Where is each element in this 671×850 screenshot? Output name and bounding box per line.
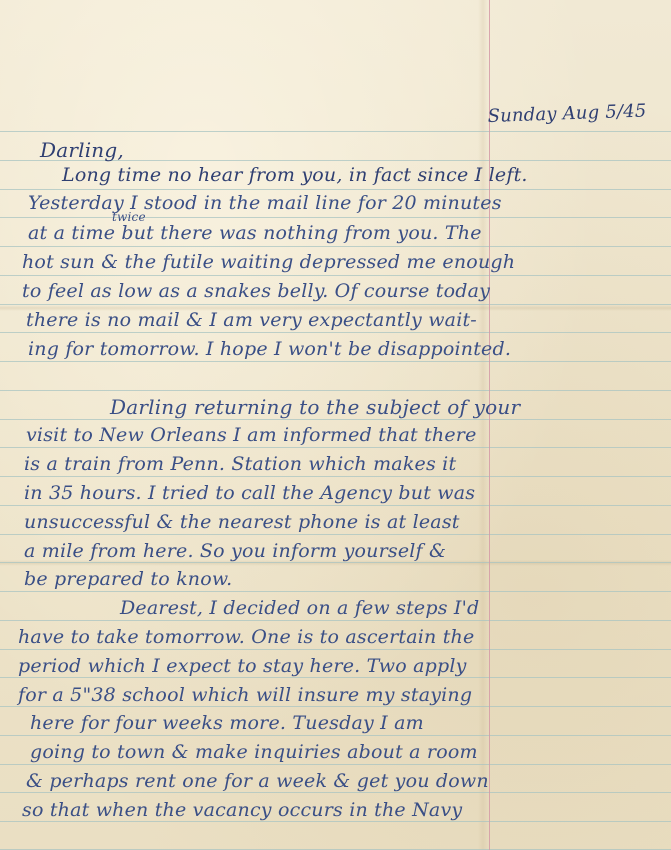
ruled-line [0,476,671,477]
letter-line: at a time but there was nothing from you… [28,222,482,244]
ruled-line [0,217,671,218]
margin-line [489,0,490,850]
letter-salutation: Darling, [40,138,124,162]
letter-line: ing for tomorrow. I hope I won't be disa… [28,338,511,360]
ruled-line [0,649,671,650]
letter-line: Long time no hear from you, in fact sinc… [62,164,671,186]
letter-page: Sunday Aug 5/45 Darling, Long time no he… [0,0,671,850]
letter-line: Dearest, I decided on a few steps I'd [120,597,479,619]
ruled-line [0,562,671,563]
letter-line: here for four weeks more. Tuesday I am [30,712,424,734]
letter-line: is a train from Penn. Station which make… [24,453,456,475]
letter-line: be prepared to know. [24,568,232,590]
ruled-line [0,304,671,305]
paper-fold-vertical [478,0,488,850]
ruled-line [0,361,671,362]
letter-line: in 35 hours. I tried to call the Agency … [24,482,475,504]
ruled-line [0,390,671,391]
ruled-line [0,821,671,822]
letter-line: unsuccessful & the nearest phone is at l… [24,511,460,533]
ruled-line [0,419,671,420]
ruled-line [0,131,671,132]
letter-line: there is no mail & I am very expectantly… [26,309,477,331]
ruled-line [0,591,671,592]
ruled-line [0,246,671,247]
letter-line: hot sun & the futile waiting depressed m… [22,251,515,273]
letter-line: Darling returning to the subject of your [110,395,520,419]
letter-line: to feel as low as a snakes belly. Of cou… [22,280,490,302]
letter-line: going to town & make inquiries about a r… [30,741,478,763]
ruled-line [0,706,671,707]
ruled-line [0,505,671,506]
letter-line: visit to New Orleans I am informed that … [26,424,477,446]
ruled-line [0,792,671,793]
ruled-line [0,677,671,678]
letter-line: so that when the vacancy occurs in the N… [22,799,462,821]
letter-line: period which I expect to stay here. Two … [18,655,467,677]
ruled-line [0,189,671,190]
letter-line: for a 5"38 school which will insure my s… [18,684,472,706]
ruled-line [0,735,671,736]
ruled-line [0,332,671,333]
letter-date: Sunday Aug 5/45 [487,100,647,127]
ruled-line [0,447,671,448]
letter-line: Yesterday I stood in the mail line for 2… [28,192,502,214]
ruled-line [0,534,671,535]
letter-line: & perhaps rent one for a week & get you … [26,770,489,792]
letter-line: a mile from here. So you inform yourself… [24,540,446,562]
ruled-line [0,764,671,765]
ruled-line [0,275,671,276]
letter-line: have to take tomorrow. One is to ascerta… [18,626,474,648]
ruled-line [0,620,671,621]
